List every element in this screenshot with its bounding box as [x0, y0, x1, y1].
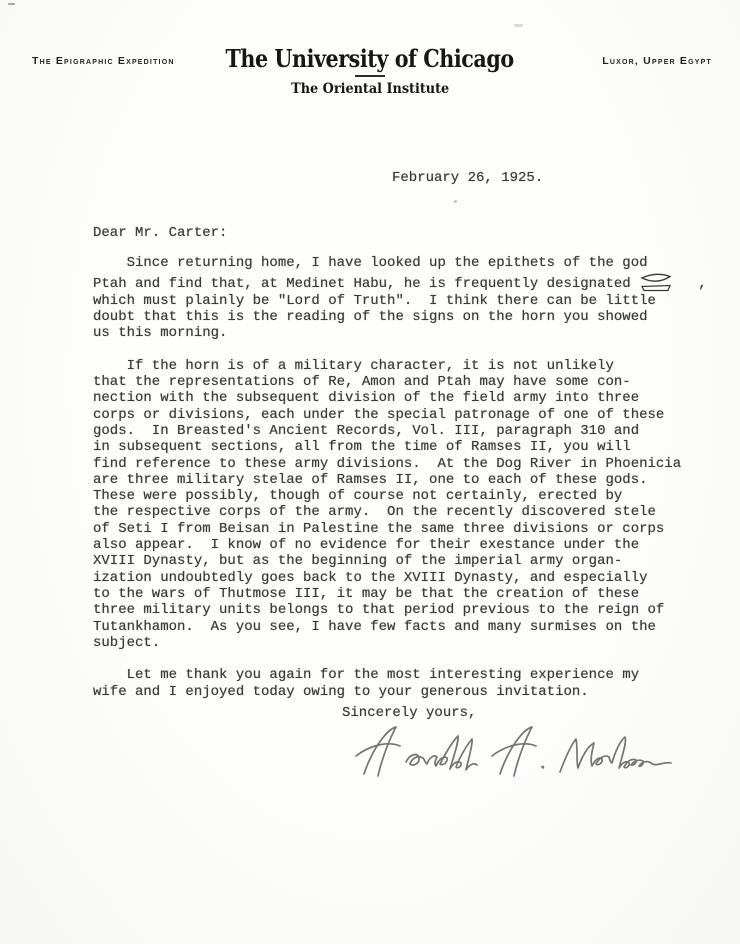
letterhead-center: The University of Chicago The Oriental I… — [0, 44, 740, 98]
paragraph: If the horn is of a military character, … — [93, 358, 703, 651]
letter-line: Since returning home, I have looked up t… — [93, 255, 703, 271]
letterhead-right-label: Luxor, Upper Egypt — [602, 55, 712, 67]
letter-line: Tutankhamon. As you see, I have few fact… — [93, 619, 703, 635]
letter-line: that the representations of Re, Amon and… — [93, 374, 703, 390]
paragraph: Let me thank you again for the most inte… — [93, 667, 703, 700]
letter-date: February 26, 1925. — [392, 170, 543, 186]
letter-line: wife and I enjoyed today owing to your g… — [93, 684, 703, 700]
university-title: The University of Chicago — [226, 44, 514, 73]
letter-line: in subsequent sections, all from the tim… — [93, 439, 703, 455]
letterhead-rule — [355, 75, 385, 77]
letter-line: subject. — [93, 635, 703, 651]
letter-line: of Seti I from Beisan in Palestine the s… — [93, 521, 703, 537]
lord-of-truth-hieroglyph-icon — [640, 271, 672, 292]
letter-line: the respective corps of the army. On the… — [93, 504, 703, 520]
letter-closing: Sincerely yours, — [342, 705, 476, 721]
scan-speck — [514, 24, 523, 27]
letter-line: to the wars of Thutmose III, it may be t… — [93, 586, 703, 602]
letter-line: which must plainly be "Lord of Truth". I… — [93, 293, 703, 309]
letter-line: are three military stelae of Ramses II, … — [93, 472, 703, 488]
letter-line: doubt that this is the reading of the si… — [93, 309, 703, 325]
letter-line: These were possibly, though of course no… — [93, 488, 703, 504]
signature — [352, 720, 674, 784]
letter-line: XVIII Dynasty, but as the beginning of t… — [93, 553, 703, 569]
scan-speck — [454, 200, 457, 203]
letter-page: The Epigraphic Expedition The University… — [0, 0, 740, 944]
letter-line: three military units belongs to that per… — [93, 602, 703, 618]
letter-line: gods. In Breasted's Ancient Records, Vol… — [93, 423, 703, 439]
letter-line: find reference to these army divisions. … — [93, 456, 703, 472]
letter-line: If the horn is of a military character, … — [93, 358, 703, 374]
letter-line: us this morning. — [93, 325, 703, 341]
institute-subtitle: The Oriental Institute — [291, 81, 449, 97]
letter-line: ization undoubtedly goes back to the XVI… — [93, 570, 703, 586]
letter-salutation: Dear Mr. Carter: — [93, 225, 227, 241]
letter-line: corps or divisions, each under the speci… — [93, 407, 703, 423]
paragraph: Since returning home, I have looked up t… — [93, 255, 703, 341]
letter-line: Let me thank you again for the most inte… — [93, 667, 703, 683]
letter-line: Ptah and find that, at Medinet Habu, he … — [93, 271, 703, 292]
letter-line: nection with the subsequent division of … — [93, 390, 703, 406]
letter-line: also appear. I know of no evidence for t… — [93, 537, 703, 553]
letter-body: Since returning home, I have looked up t… — [93, 255, 703, 700]
scan-speck — [8, 3, 15, 5]
